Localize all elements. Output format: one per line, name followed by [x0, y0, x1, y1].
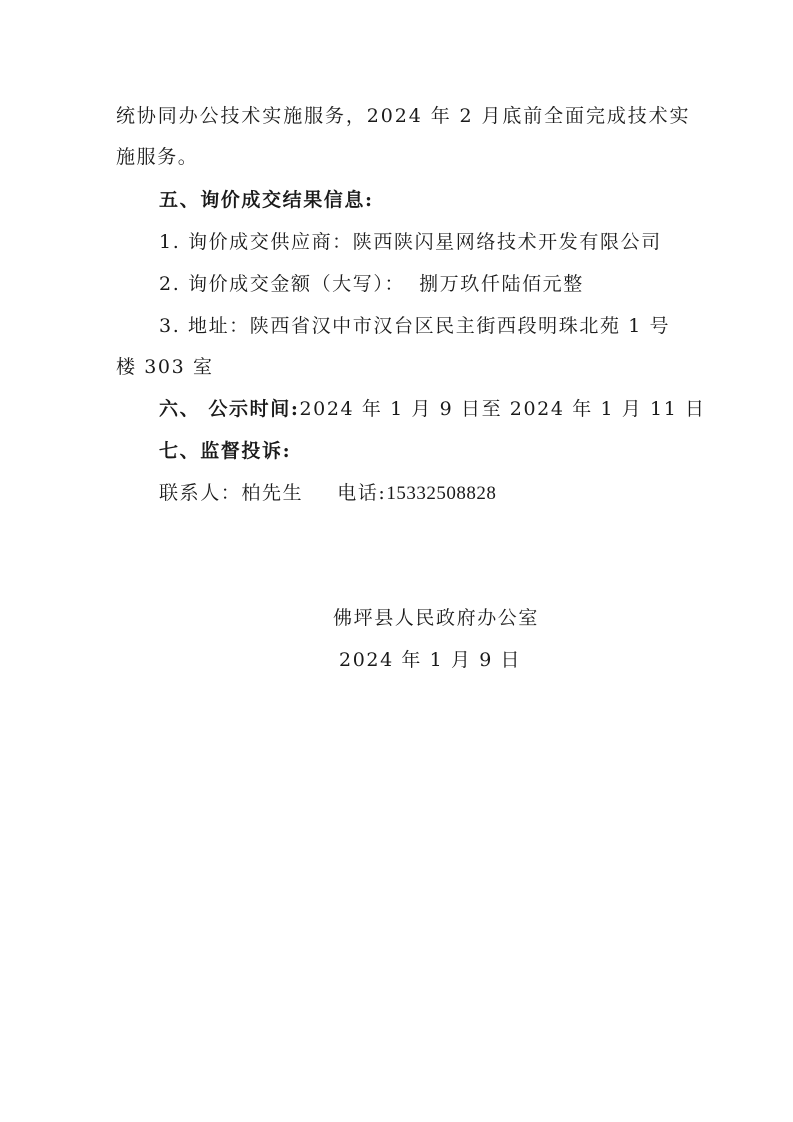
phone-label: 电话:	[337, 482, 386, 504]
supplier-label: 1. 询价成交供应商：	[159, 231, 353, 253]
address-value: 陕西省汉中市汉台区民主街西段明珠北苑 1 号	[250, 315, 670, 337]
paragraph-continuation-line-1: 统协同办公技术实施服务，2024 年 2 月底前全面完成技术实	[116, 104, 690, 128]
issuing-organization: 佛坪县人民政府办公室	[333, 606, 539, 630]
issue-date: 2024 年 1 月 9 日	[339, 648, 521, 672]
address-label: 3. 地址：	[159, 315, 250, 337]
paragraph-continuation-line-2: 施服务。	[116, 145, 198, 169]
contact-name: 柏先生	[241, 482, 303, 504]
amount-row: 2. 询价成交金额（大写）：捌万玖仟陆佰元整	[159, 272, 584, 296]
address-row: 3. 地址：陕西省汉中市汉台区民主街西段明珠北苑 1 号	[159, 314, 670, 338]
contact-label: 联系人：	[159, 482, 241, 504]
section-6-row: 六、 公示时间:2024 年 1 月 9 日至 2024 年 1 月 11 日	[159, 397, 706, 421]
amount-label: 2. 询价成交金额（大写）：	[159, 273, 405, 295]
contact-row: 联系人：柏先生电话:15332508828	[159, 481, 496, 506]
publicity-period: 2024 年 1 月 9 日至 2024 年 1 月 11 日	[299, 398, 705, 420]
section-5-heading: 五、询价成交结果信息:	[159, 188, 374, 212]
section-6-heading: 六、 公示时间:	[159, 398, 299, 420]
document-page: 统协同办公技术实施服务，2024 年 2 月底前全面完成技术实 施服务。 五、询…	[0, 0, 793, 1122]
supplier-value: 陕西陕闪星网络技术开发有限公司	[353, 231, 662, 253]
section-7-heading: 七、监督投诉:	[159, 439, 291, 463]
amount-value: 捌万玖仟陆佰元整	[419, 273, 584, 295]
supplier-row: 1. 询价成交供应商：陕西陕闪星网络技术开发有限公司	[159, 230, 662, 254]
address-value-continuation: 楼 303 室	[116, 355, 214, 379]
phone-number: 15332508828	[386, 483, 496, 504]
